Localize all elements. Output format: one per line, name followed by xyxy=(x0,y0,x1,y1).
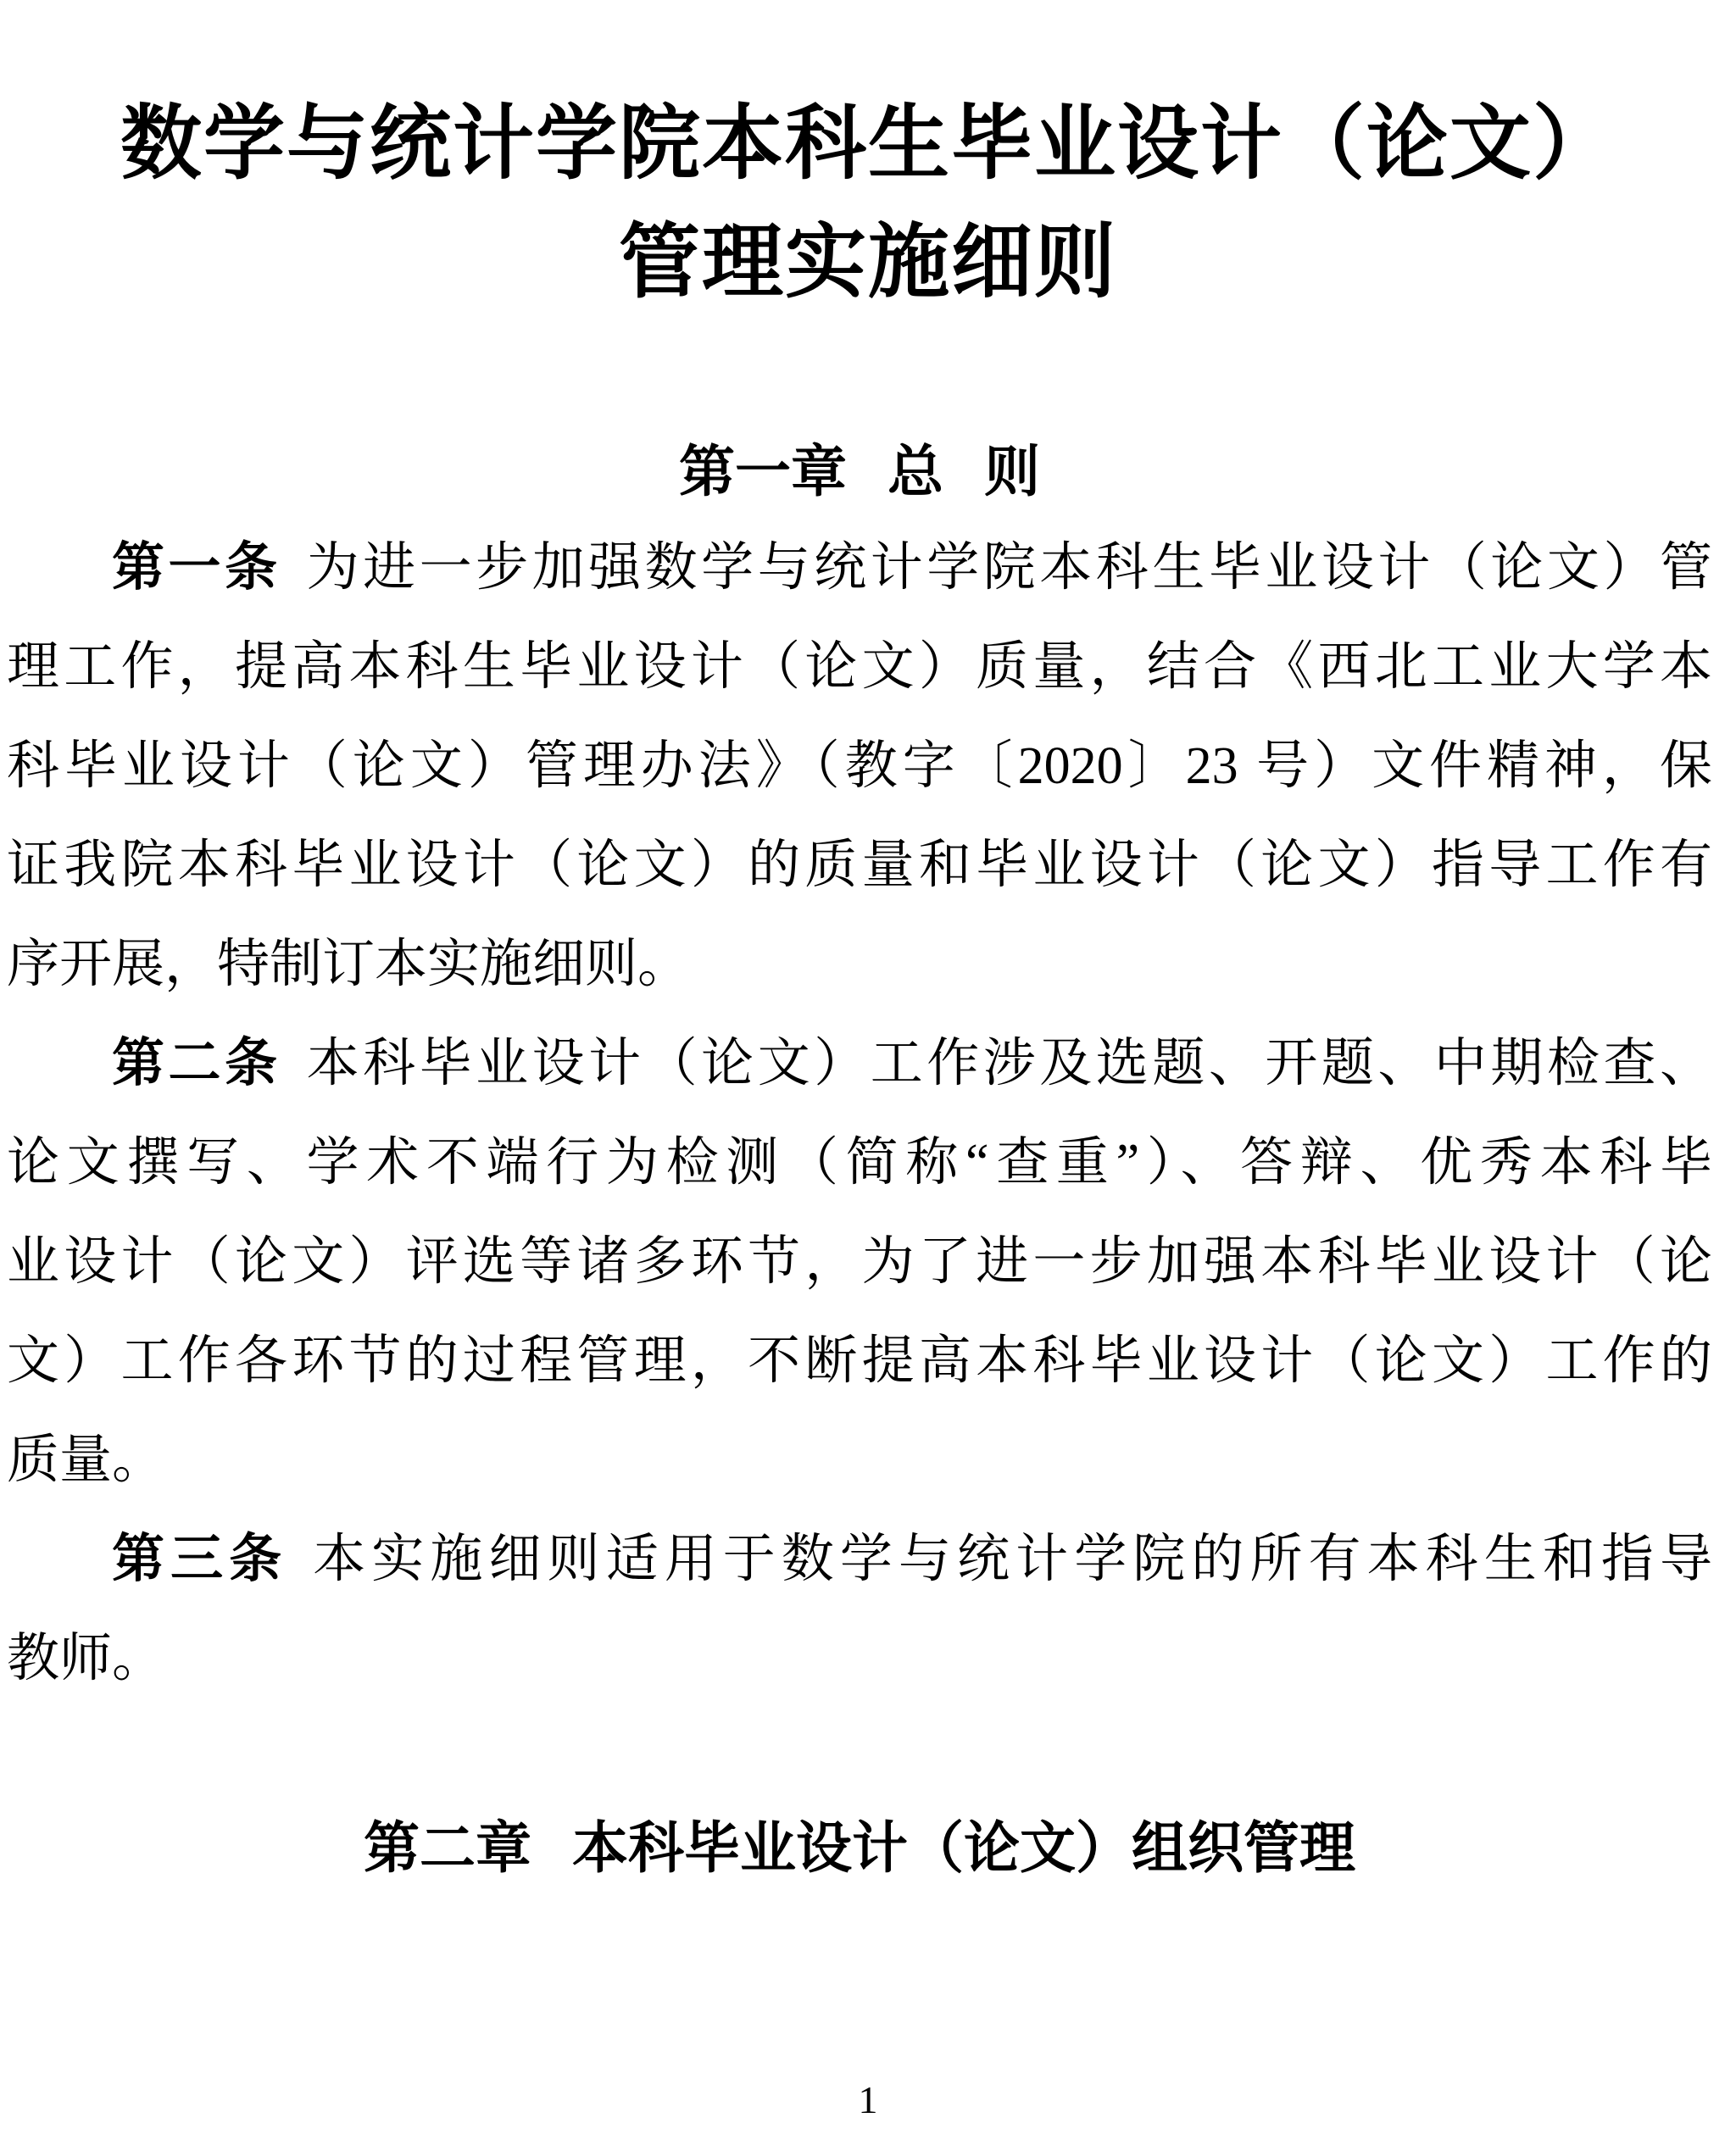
body-line: 教师。 xyxy=(7,1609,1712,1709)
body-line: 第一条为进一步加强数学与统计学院本科生毕业设计（论文）管 xyxy=(7,519,1712,618)
chapter-heading-1: 第一章 总 则 xyxy=(7,424,1712,519)
body-line: 第三条本实施细则适用于数学与统计学院的所有本科生和指导 xyxy=(7,1510,1712,1609)
body-line: 质量。 xyxy=(7,1411,1712,1510)
body-line: 证我院本科毕业设计（论文）的质量和毕业设计（论文）指导工作有 xyxy=(7,816,1712,915)
article-label: 第二条 xyxy=(112,1035,281,1092)
document-content: 第一章 总 则第一条为进一步加强数学与统计学院本科生毕业设计（论文）管理工作，提… xyxy=(0,424,1736,1895)
page-number: 1 xyxy=(0,2073,1736,2127)
body-line: 第二条本科毕业设计（论文）工作涉及选题、开题、中期检查、 xyxy=(7,1014,1712,1114)
document-title-line2: 管理实施细则 xyxy=(0,203,1736,322)
body-line: 理工作，提高本科生毕业设计（论文）质量，结合《西北工业大学本 xyxy=(7,618,1712,717)
body-line: 业设计（论文）评选等诸多环节，为了进一步加强本科毕业设计（论 xyxy=(7,1213,1712,1312)
article-label: 第一条 xyxy=(112,539,281,597)
chapter-heading-2: 第二章 本科毕业设计（论文）组织管理 xyxy=(7,1800,1712,1895)
document-page: 数学与统计学院本科生毕业设计（论文） 管理实施细则 第一章 总 则第一条为进一步… xyxy=(0,0,1736,2140)
document-title-line1: 数学与统计学院本科生毕业设计（论文） xyxy=(0,85,1736,203)
body-line: 科毕业设计（论文）管理办法》（教字〔2020〕23 号）文件精神，保 xyxy=(7,717,1712,816)
document-title: 数学与统计学院本科生毕业设计（论文） 管理实施细则 xyxy=(0,0,1736,322)
body-line: 文）工作各环节的过程管理，不断提高本科毕业设计（论文）工作的 xyxy=(7,1312,1712,1411)
article-label: 第三条 xyxy=(112,1531,287,1588)
body-line: 论文撰写、学术不端行为检测（简称“查重”）、答辩、优秀本科毕 xyxy=(7,1114,1712,1213)
body-line: 序开展，特制订本实施细则。 xyxy=(7,915,1712,1014)
